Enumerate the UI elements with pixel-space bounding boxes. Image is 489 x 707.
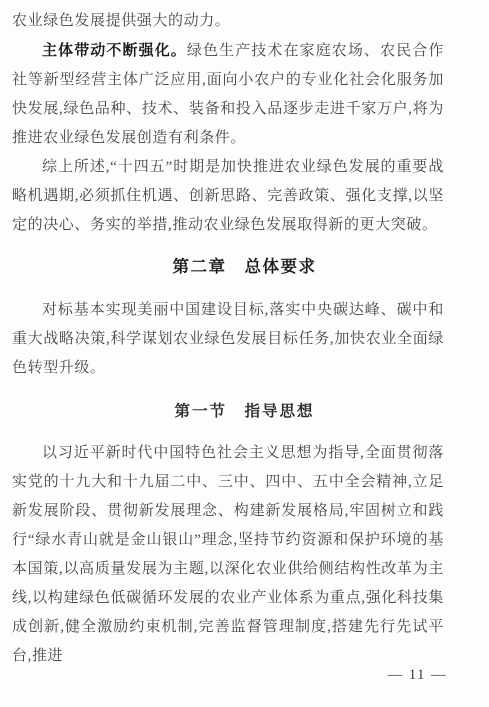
paragraph-subject-driving: 主体带动不断强化。绿色生产技术在家庭农场、农民合作社等新型经营主体广泛应用,面向… <box>12 36 444 153</box>
page-content: 农业绿色发展提供强大的动力。 主体带动不断强化。绿色生产技术在家庭农场、农民合作… <box>0 0 489 671</box>
section-heading: 第一节 指导思想 <box>0 397 489 426</box>
document-page: 农业绿色发展提供强大的动力。 主体带动不断强化。绿色生产技术在家庭农场、农民合作… <box>0 0 489 707</box>
paragraph-overall-requirements: 对标基本实现美丽中国建设目标,落实中央碳达峰、碳中和重大战略决策,科学谋划农业绿… <box>12 296 444 383</box>
paragraph-continuation: 农业绿色发展提供强大的动力。 <box>12 7 444 36</box>
paragraph-summary: 综上所述,“十四五”时期是加快推进农业绿色发展的重要战略机遇期,必须抓住机遇、创… <box>12 153 444 240</box>
paragraph-bold-lead: 主体带动不断强化。 <box>42 42 187 59</box>
paragraph-guiding-ideology: 以习近平新时代中国特色社会主义思想为指导,全面贯彻落实党的十九大和十九届二中、三… <box>12 439 444 671</box>
chapter-heading: 第二章 总体要求 <box>0 253 489 282</box>
page-number: — 11 — <box>388 667 447 684</box>
